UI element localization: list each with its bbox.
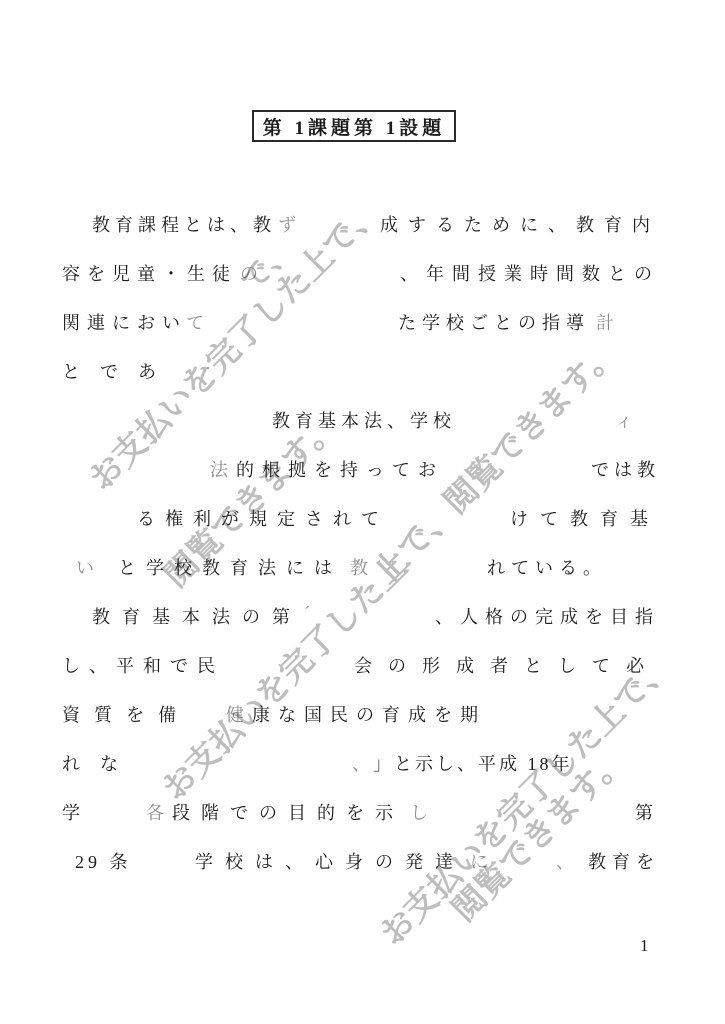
text-fragment: 、 [352,750,374,776]
text-fragment: い [76,554,98,580]
text-line: 学各段階での目的を示し第 [0,799,725,823]
text-line: る権利が規定されてけて教育基 [0,505,725,529]
text-fragment: に [470,848,492,874]
text-segment: 29 条 [75,848,132,874]
text-line: 容を児童・生徒の、年間授業時間数との [0,260,725,284]
text-line: し、平和で民会の形成者として必 [0,652,725,676]
text-segment: れている。 [487,554,607,580]
text-line: れな、」と示し、平成 18年 [0,750,725,774]
text-fragment: ィ [615,407,637,433]
text-fragment: し [410,799,432,825]
text-segment: 教育課程とは、教 [92,211,276,237]
document-page: 第 1課題第 1設題 で、お支払いを完了した上で、閲覧できます。上で、閲覧できま… [0,0,725,1024]
text-fragment: 各 [146,799,168,825]
text-segment: 康な国民の育成を期 [252,701,486,727]
text-line: とであ· [0,358,725,382]
text-segment: では教 [591,456,660,482]
text-segment: 学校は、心身の発達 [195,848,465,874]
document-body: 教育課程とは、教ず成するために、教育内容を児童・生徒の、年間授業時間数との関連に… [0,0,725,1024]
text-fragment: ˊ [304,603,314,624]
text-segment: 、人格の完成を目指 [435,603,660,629]
text-fragment: の [240,260,262,286]
text-line: 教育基本法の第ˊ、人格の完成を目指 [0,603,725,627]
text-segment: れな [62,750,138,776]
text-fragment: 、 [556,848,578,874]
text-line: 資質を備健康な国民の育成を期 [0,701,725,725]
text-line: 法的根拠を持っておでは教 [0,456,725,480]
text-segment: けて教育基 [510,505,660,531]
text-line: 関連においてた学校ごとの指導計 [0,309,725,333]
text-line: いと学校教育法には教れている。 [0,554,725,578]
text-line: 教育基本法、学校ィ [0,407,725,431]
text-fragment: 健 [226,701,248,727]
text-segment: 資質を備 [62,701,190,727]
text-segment: 会の形成者として必 [354,652,660,678]
text-segment: 第 [635,799,653,825]
text-segment: 教育を [588,848,660,874]
text-segment: 、年間授業時間数との [400,260,660,286]
text-fragment: 教 [350,554,372,580]
text-fragment: 計 [596,309,618,335]
text-segment: 」と示し、平成 18年 [373,750,573,776]
text-segment: し、平和で民 [62,652,224,678]
text-segment: た学校ごとの指導 [398,309,590,335]
text-segment: 成するために、教育内 [380,211,660,237]
text-segment: 容を児童・生徒 [62,260,237,286]
text-segment: 教育基本法、学校 [272,407,456,433]
text-segment: 的根拠を持ってお [236,456,444,482]
text-fragment: 法 [210,456,232,482]
text-segment: 段階での目的を示 [172,799,404,825]
text-fragment: · [205,358,215,379]
text-fragment: ず [278,211,300,237]
text-segment: とであ [62,358,176,384]
text-fragment: て [186,309,208,335]
text-line: 29 条学校は、心身の発達に、教育を [0,848,725,872]
text-segment: る権利が規定されて [137,505,389,531]
page-number: 1 [640,936,649,956]
text-segment: 関連におい [62,309,187,335]
text-segment: 学 [62,799,85,825]
text-segment: 教育基本法の第 [92,603,302,629]
text-line: 教育課程とは、教ず成するために、教育内 [0,211,725,235]
text-segment: と学校教育法には [118,554,342,580]
